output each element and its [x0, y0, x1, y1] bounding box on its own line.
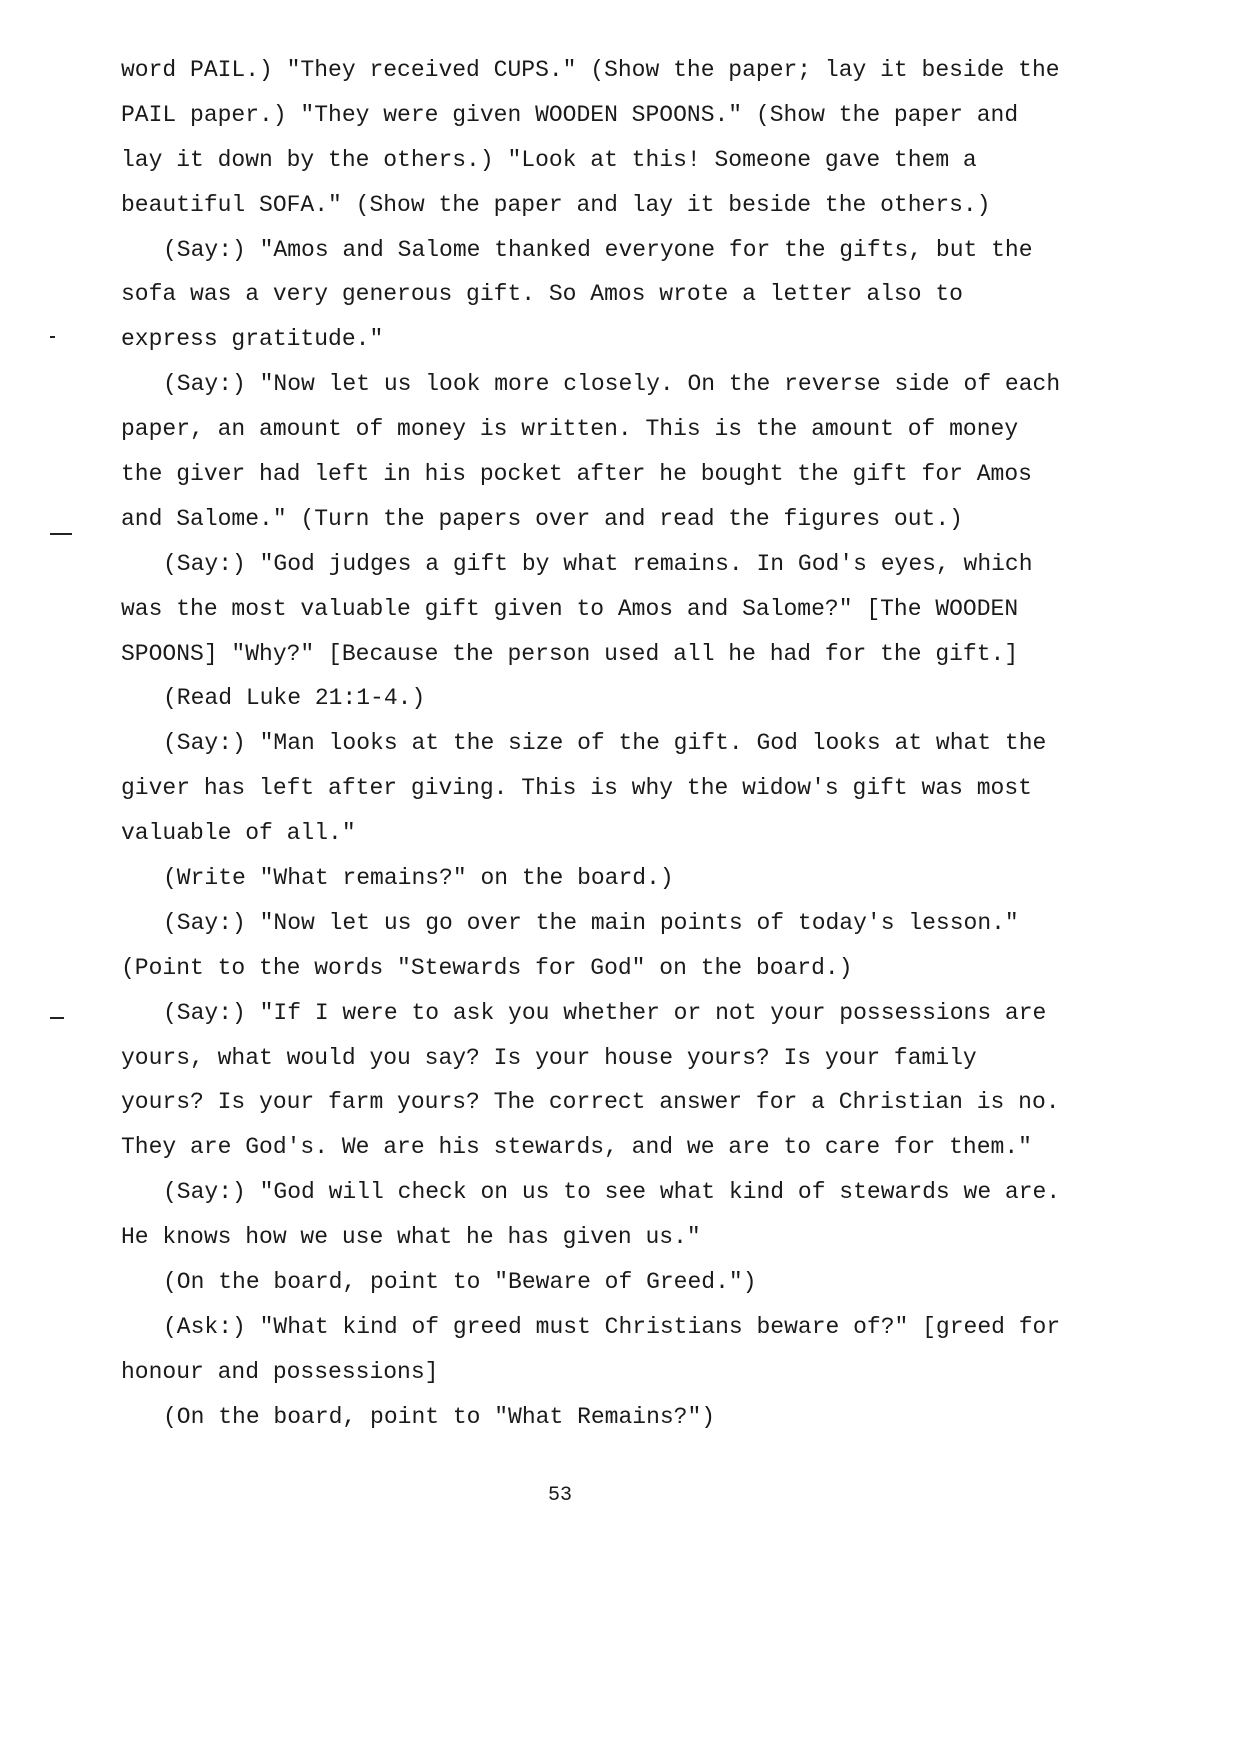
text-line: express gratitude."	[121, 321, 1081, 366]
text-line: (Say:) "If I were to ask you whether or …	[121, 995, 1081, 1040]
text-line: and Salome." (Turn the papers over and r…	[121, 501, 1081, 546]
text-line: (Write "What remains?" on the board.)	[121, 860, 1081, 905]
text-line: (Ask:) "What kind of greed must Christia…	[121, 1309, 1081, 1354]
text-line: (On the board, point to "Beware of Greed…	[121, 1264, 1081, 1309]
text-line: (Say:) "Amos and Salome thanked everyone…	[121, 232, 1081, 277]
text-line: beautiful SOFA." (Show the paper and lay…	[121, 187, 1081, 232]
text-line: sofa was a very generous gift. So Amos w…	[121, 276, 1081, 321]
text-line: was the most valuable gift given to Amos…	[121, 591, 1081, 636]
text-line: yours? Is your farm yours? The correct a…	[121, 1084, 1081, 1129]
page-number: 53	[0, 1484, 1120, 1507]
text-line: honour and possessions]	[121, 1354, 1081, 1399]
text-line: (Say:) "God judges a gift by what remain…	[121, 546, 1081, 591]
text-line: lay it down by the others.) "Look at thi…	[121, 142, 1081, 187]
scan-mark	[50, 336, 55, 338]
text-line: the giver had left in his pocket after h…	[121, 456, 1081, 501]
document-body: word PAIL.) "They received CUPS." (Show …	[121, 52, 1081, 1444]
text-line: They are God's. We are his stewards, and…	[121, 1129, 1081, 1174]
text-line: PAIL paper.) "They were given WOODEN SPO…	[121, 97, 1081, 142]
text-line: word PAIL.) "They received CUPS." (Show …	[121, 52, 1081, 97]
text-line: (Say:) "Now let us look more closely. On…	[121, 366, 1081, 411]
text-line: He knows how we use what he has given us…	[121, 1219, 1081, 1264]
scan-mark	[50, 533, 72, 535]
text-line: (Read Luke 21:1-4.)	[121, 680, 1081, 725]
text-line: (Point to the words "Stewards for God" o…	[121, 950, 1081, 995]
text-line: SPOONS] "Why?" [Because the person used …	[121, 636, 1081, 681]
text-line: (On the board, point to "What Remains?")	[121, 1399, 1081, 1444]
text-line: (Say:) "Man looks at the size of the gif…	[121, 725, 1081, 770]
text-line: (Say:) "Now let us go over the main poin…	[121, 905, 1081, 950]
text-line: giver has left after giving. This is why…	[121, 770, 1081, 815]
text-line: yours, what would you say? Is your house…	[121, 1040, 1081, 1085]
text-line: (Say:) "God will check on us to see what…	[121, 1174, 1081, 1219]
text-line: valuable of all."	[121, 815, 1081, 860]
text-line: paper, an amount of money is written. Th…	[121, 411, 1081, 456]
scan-mark	[50, 1017, 64, 1019]
